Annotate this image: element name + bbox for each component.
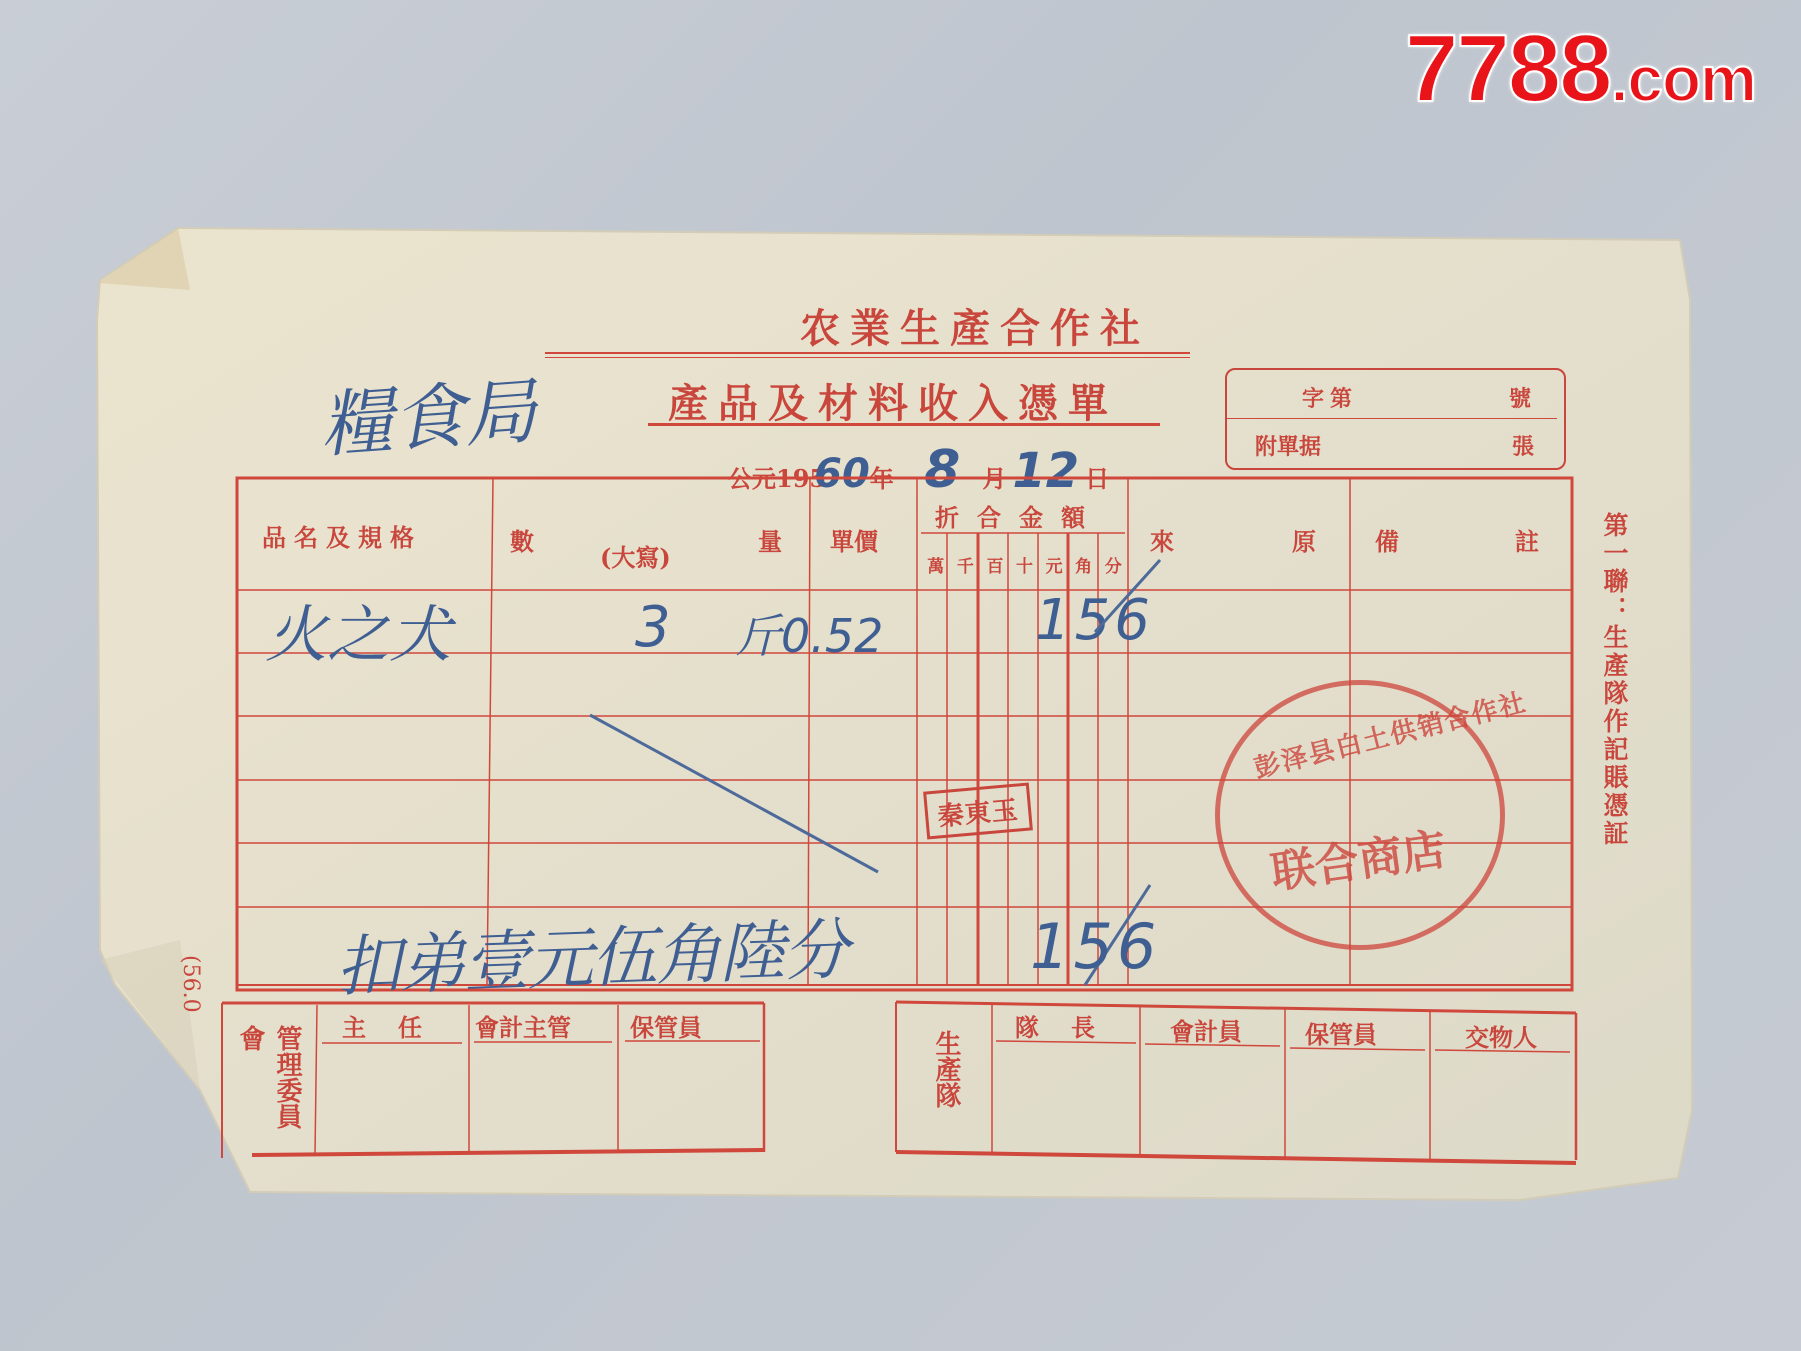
sign-col-team-leader: 隊 長 — [1015, 1008, 1099, 1043]
management-committee-text: 管理委員會 — [232, 1025, 306, 1140]
production-team-label: 生產隊 — [928, 1030, 965, 1140]
management-committee-label: 管理委員會 — [236, 1025, 306, 1140]
sign-col-storekeeper-left: 保管員 — [630, 1008, 702, 1043]
sign-col-director: 主 任 — [342, 1008, 426, 1043]
sign-col-accountant: 會計員 — [1170, 1012, 1242, 1047]
sign-table-left-grid — [0, 0, 1801, 1351]
sign-col-chief-accountant: 會計主管 — [475, 1008, 571, 1043]
sign-col-deliverer: 交物人 — [1465, 1018, 1537, 1053]
sign-col-storekeeper-right: 保管員 — [1305, 1015, 1377, 1050]
